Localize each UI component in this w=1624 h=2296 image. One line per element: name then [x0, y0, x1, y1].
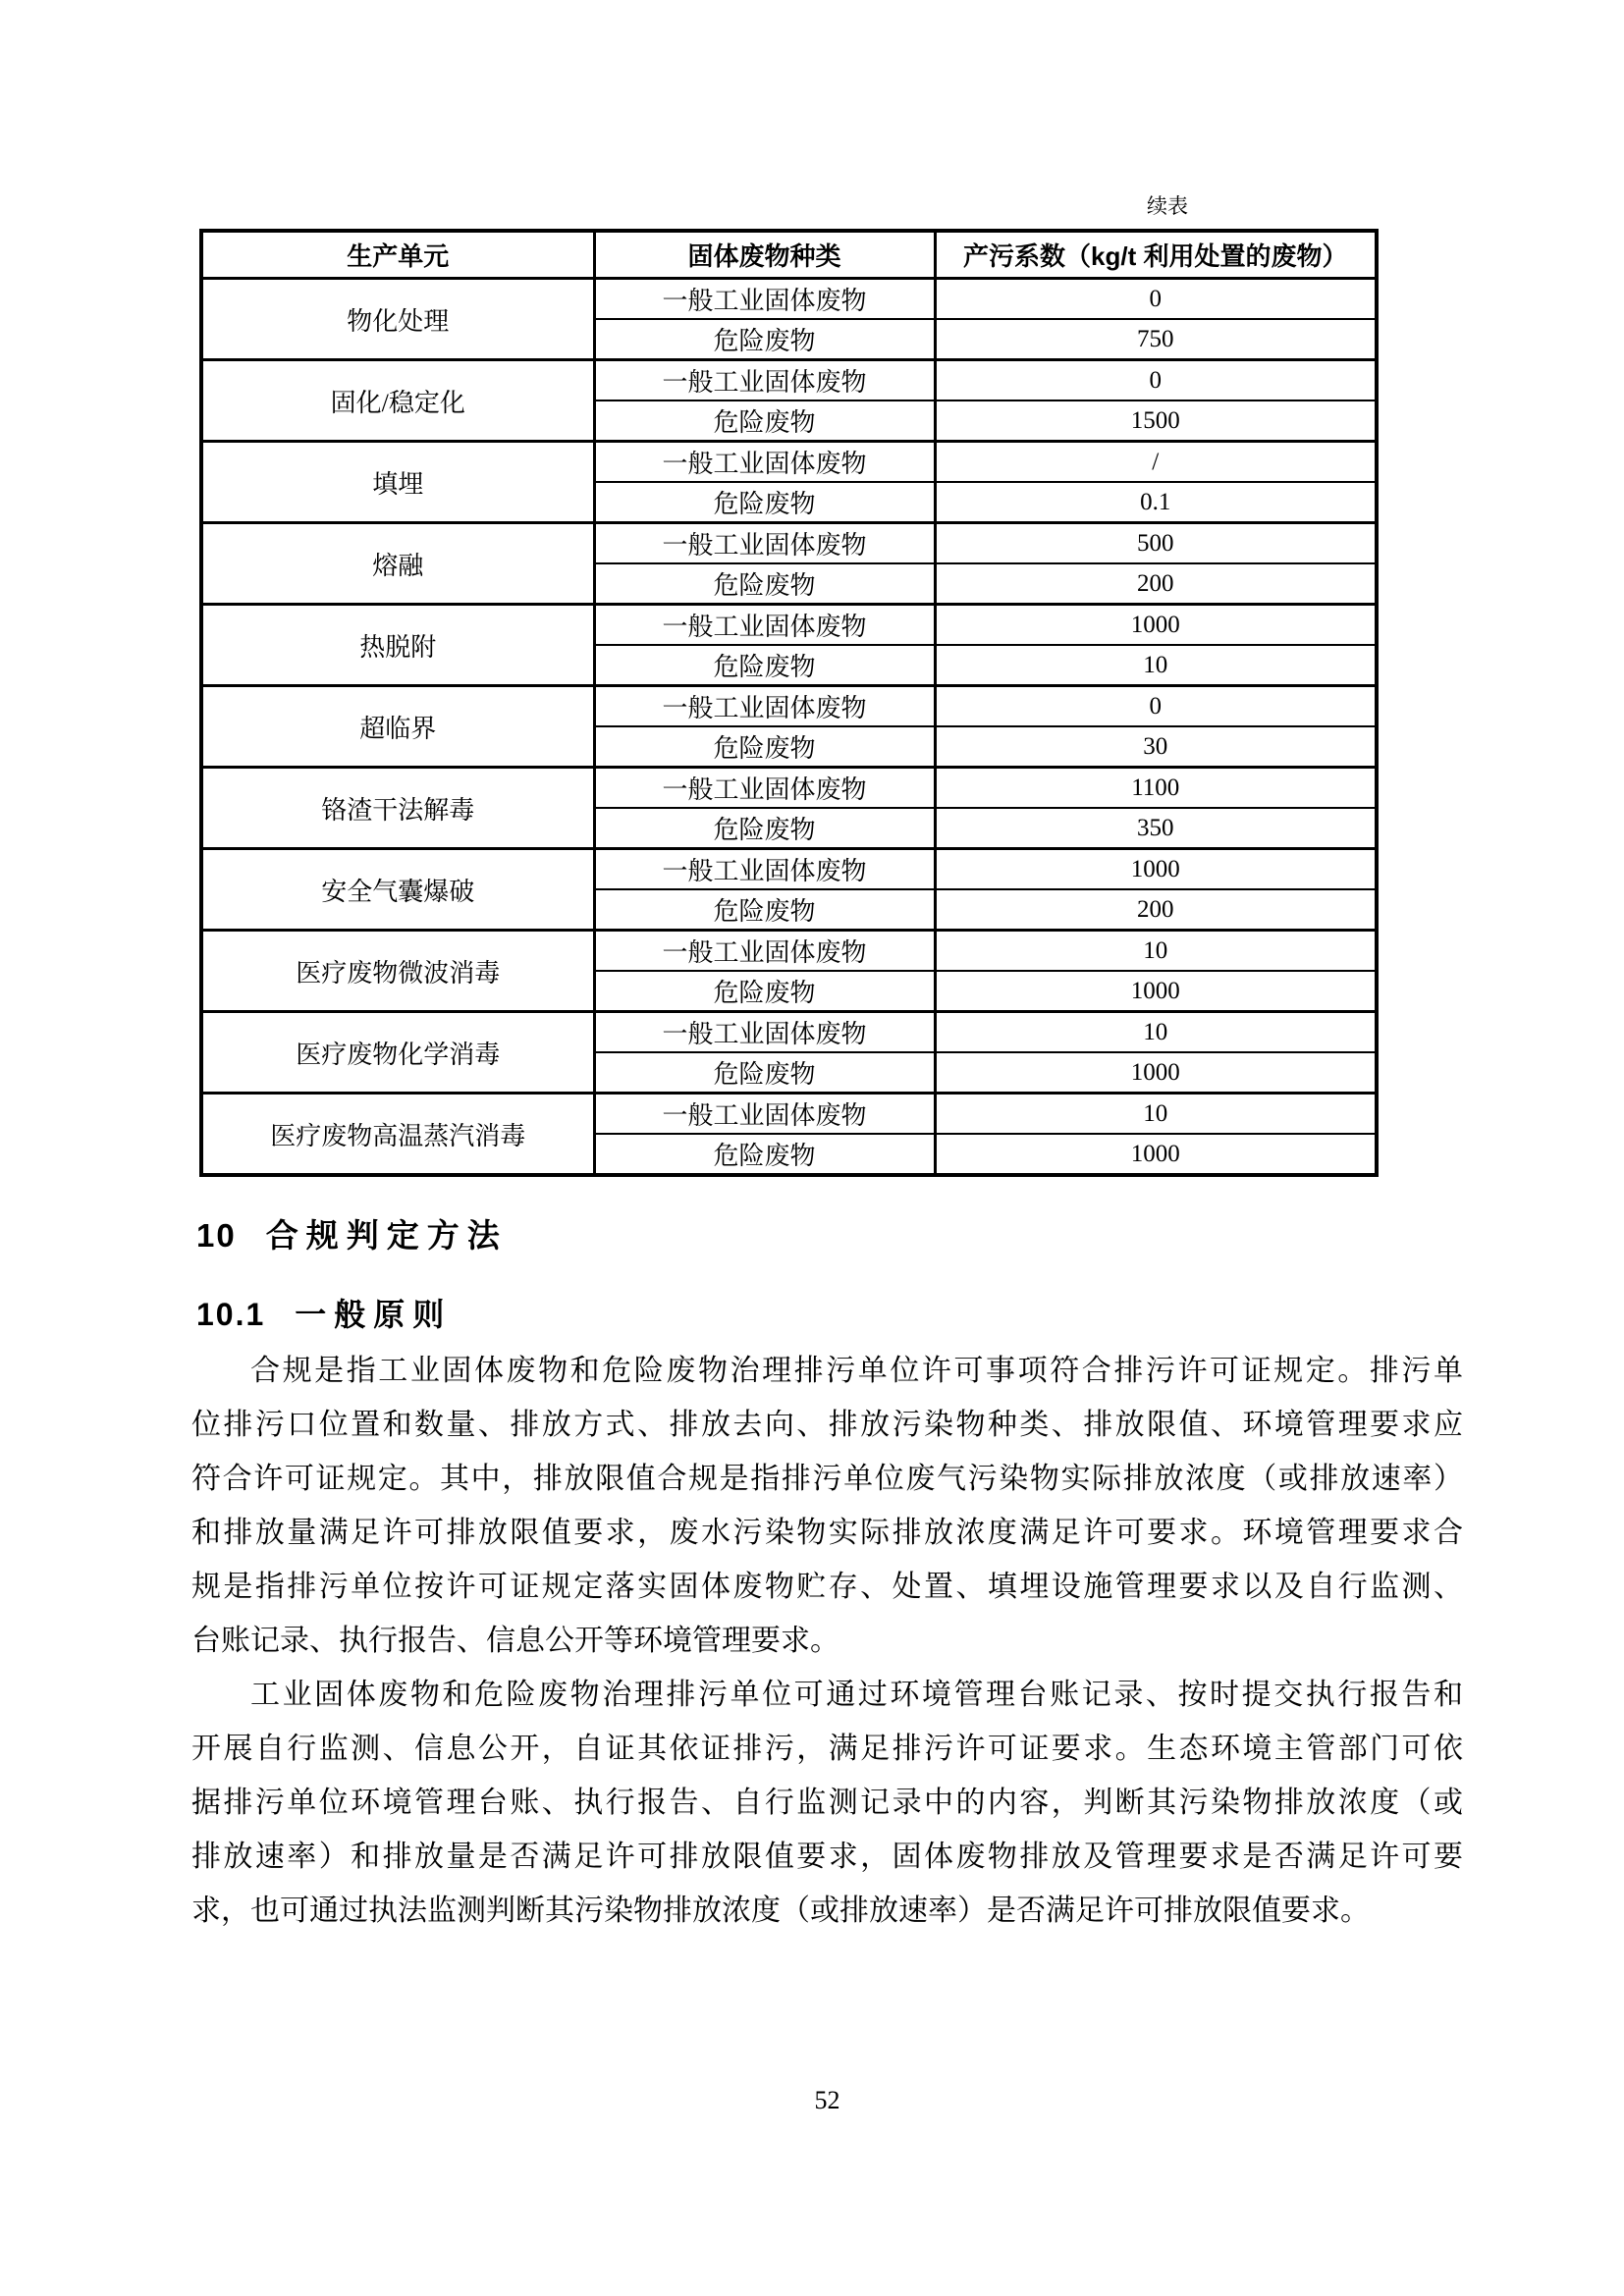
coefficient-value-cell: 1500	[935, 400, 1377, 442]
production-unit-cell: 医疗废物微波消毒	[201, 931, 594, 1012]
coefficient-value-cell: 10	[935, 1012, 1377, 1053]
coefficient-value-cell: 1100	[935, 768, 1377, 809]
waste-type-cell: 危险废物	[594, 1134, 935, 1175]
paragraph-line: 合规是指工业固体废物和危险废物治理排污单位许可事项符合排污许可证规定。排污单	[191, 1344, 1463, 1398]
waste-type-cell: 一般工业固体废物	[594, 1012, 935, 1053]
header-production-unit: 生产单元	[201, 231, 594, 279]
table-row: 物化处理一般工业固体废物0	[201, 279, 1377, 320]
paragraph-line: 排放速率）和排放量是否满足许可排放限值要求，固体废物排放及管理要求是否满足许可要	[191, 1830, 1463, 1884]
waste-type-cell: 危险废物	[594, 808, 935, 849]
waste-type-cell: 一般工业固体废物	[594, 279, 935, 320]
waste-type-cell: 危险废物	[594, 645, 935, 686]
page-number: 52	[191, 2085, 1463, 2116]
coefficient-value-cell: 0	[935, 360, 1377, 401]
production-unit-cell: 超临界	[201, 686, 594, 768]
coefficient-value-cell: 200	[935, 563, 1377, 605]
coefficient-value-cell: /	[935, 442, 1377, 483]
subsection-title: 一般原则	[295, 1297, 452, 1332]
body-text: 合规是指工业固体废物和危险废物治理排污单位许可事项符合排污许可证规定。排污单位排…	[191, 1344, 1463, 1938]
production-unit-cell: 熔融	[201, 523, 594, 605]
waste-type-cell: 一般工业固体废物	[594, 768, 935, 809]
header-waste-type: 固体废物种类	[594, 231, 935, 279]
table-row: 安全气囊爆破一般工业固体废物1000	[201, 849, 1377, 890]
coefficient-value-cell: 1000	[935, 1134, 1377, 1175]
table-row: 超临界一般工业固体废物0	[201, 686, 1377, 727]
table-body: 物化处理一般工业固体废物0危险废物750固化/稳定化一般工业固体废物0危险废物1…	[201, 279, 1377, 1176]
coefficient-value-cell: 0.1	[935, 482, 1377, 523]
paragraph-line: 和排放量满足许可排放限值要求，废水污染物实际排放浓度满足许可要求。环境管理要求合	[191, 1506, 1463, 1560]
waste-type-cell: 危险废物	[594, 726, 935, 768]
waste-type-cell: 危险废物	[594, 971, 935, 1012]
table-header-row: 生产单元 固体废物种类 产污系数（kg/t 利用处置的废物）	[201, 231, 1377, 279]
waste-type-cell: 一般工业固体废物	[594, 931, 935, 972]
section-heading-10: 10合规判定方法	[196, 1216, 1624, 1255]
table-continued-label: 续表	[199, 192, 1375, 220]
paragraph: 工业固体废物和危险废物治理排污单位可通过环境管理台账记录、按时提交执行报告和开展…	[191, 1668, 1463, 1938]
production-unit-cell: 铬渣干法解毒	[201, 768, 594, 849]
table-row: 铬渣干法解毒一般工业固体废物1100	[201, 768, 1377, 809]
production-unit-cell: 固化/稳定化	[201, 360, 594, 442]
paragraph-line: 工业固体废物和危险废物治理排污单位可通过环境管理台账记录、按时提交执行报告和	[191, 1668, 1463, 1722]
paragraph-line: 规是指排污单位按许可证规定落实固体废物贮存、处置、填埋设施管理要求以及自行监测、	[191, 1560, 1463, 1614]
coefficient-value-cell: 200	[935, 889, 1377, 931]
paragraph: 合规是指工业固体废物和危险废物治理排污单位许可事项符合排污许可证规定。排污单位排…	[191, 1344, 1463, 1668]
table-row: 熔融一般工业固体废物500	[201, 523, 1377, 564]
coefficient-value-cell: 1000	[935, 971, 1377, 1012]
pollution-coefficient-table: 生产单元 固体废物种类 产污系数（kg/t 利用处置的废物） 物化处理一般工业固…	[199, 229, 1379, 1177]
waste-type-cell: 一般工业固体废物	[594, 686, 935, 727]
table-row: 填埋一般工业固体废物/	[201, 442, 1377, 483]
section-number: 10	[196, 1217, 237, 1254]
header-coefficient: 产污系数（kg/t 利用处置的废物）	[935, 231, 1377, 279]
coefficient-value-cell: 500	[935, 523, 1377, 564]
coefficient-value-cell: 10	[935, 645, 1377, 686]
section-title: 合规判定方法	[266, 1217, 508, 1254]
paragraph-line: 台账记录、执行报告、信息公开等环境管理要求。	[191, 1614, 1463, 1668]
paragraph-line: 位排污口位置和数量、排放方式、排放去向、排放污染物种类、排放限值、环境管理要求应	[191, 1398, 1463, 1452]
waste-type-cell: 危险废物	[594, 563, 935, 605]
waste-type-cell: 一般工业固体废物	[594, 523, 935, 564]
paragraph-line: 开展自行监测、信息公开，自证其依证排污，满足排污许可证要求。生态环境主管部门可依	[191, 1722, 1463, 1776]
coefficient-value-cell: 10	[935, 1094, 1377, 1135]
production-unit-cell: 医疗废物高温蒸汽消毒	[201, 1094, 594, 1176]
coefficient-value-cell: 1000	[935, 849, 1377, 890]
waste-type-cell: 一般工业固体废物	[594, 442, 935, 483]
waste-type-cell: 危险废物	[594, 889, 935, 931]
paragraph-line: 据排污单位环境管理台账、执行报告、自行监测记录中的内容，判断其污染物排放浓度（或	[191, 1776, 1463, 1830]
waste-type-cell: 危险废物	[594, 482, 935, 523]
table-row: 热脱附一般工业固体废物1000	[201, 605, 1377, 646]
production-unit-cell: 安全气囊爆破	[201, 849, 594, 931]
coefficient-value-cell: 10	[935, 931, 1377, 972]
coefficient-value-cell: 0	[935, 279, 1377, 320]
waste-type-cell: 一般工业固体废物	[594, 605, 935, 646]
document-page: 续表 生产单元 固体废物种类 产污系数（kg/t 利用处置的废物） 物化处理一般…	[0, 0, 1624, 2296]
table-row: 医疗废物化学消毒一般工业固体废物10	[201, 1012, 1377, 1053]
production-unit-cell: 物化处理	[201, 279, 594, 360]
paragraph-line: 符合许可证规定。其中，排放限值合规是指排污单位废气污染物实际排放浓度（或排放速率…	[191, 1452, 1463, 1506]
coefficient-value-cell: 1000	[935, 1052, 1377, 1094]
paragraph-line: 求，也可通过执法监测判断其污染物排放浓度（或排放速率）是否满足许可排放限值要求。	[191, 1884, 1463, 1938]
table-row: 固化/稳定化一般工业固体废物0	[201, 360, 1377, 401]
production-unit-cell: 填埋	[201, 442, 594, 523]
section-heading-10-1: 10.1一般原则	[196, 1295, 1624, 1334]
production-unit-cell: 医疗废物化学消毒	[201, 1012, 594, 1094]
production-unit-cell: 热脱附	[201, 605, 594, 686]
waste-type-cell: 危险废物	[594, 1052, 935, 1094]
coefficient-value-cell: 350	[935, 808, 1377, 849]
waste-type-cell: 一般工业固体废物	[594, 849, 935, 890]
waste-type-cell: 一般工业固体废物	[594, 1094, 935, 1135]
table-row: 医疗废物高温蒸汽消毒一般工业固体废物10	[201, 1094, 1377, 1135]
waste-type-cell: 危险废物	[594, 400, 935, 442]
coefficient-value-cell: 1000	[935, 605, 1377, 646]
waste-type-cell: 一般工业固体废物	[594, 360, 935, 401]
coefficient-value-cell: 750	[935, 319, 1377, 360]
waste-type-cell: 危险废物	[594, 319, 935, 360]
table-row: 医疗废物微波消毒一般工业固体废物10	[201, 931, 1377, 972]
coefficient-value-cell: 30	[935, 726, 1377, 768]
coefficient-value-cell: 0	[935, 686, 1377, 727]
subsection-number: 10.1	[196, 1297, 265, 1332]
